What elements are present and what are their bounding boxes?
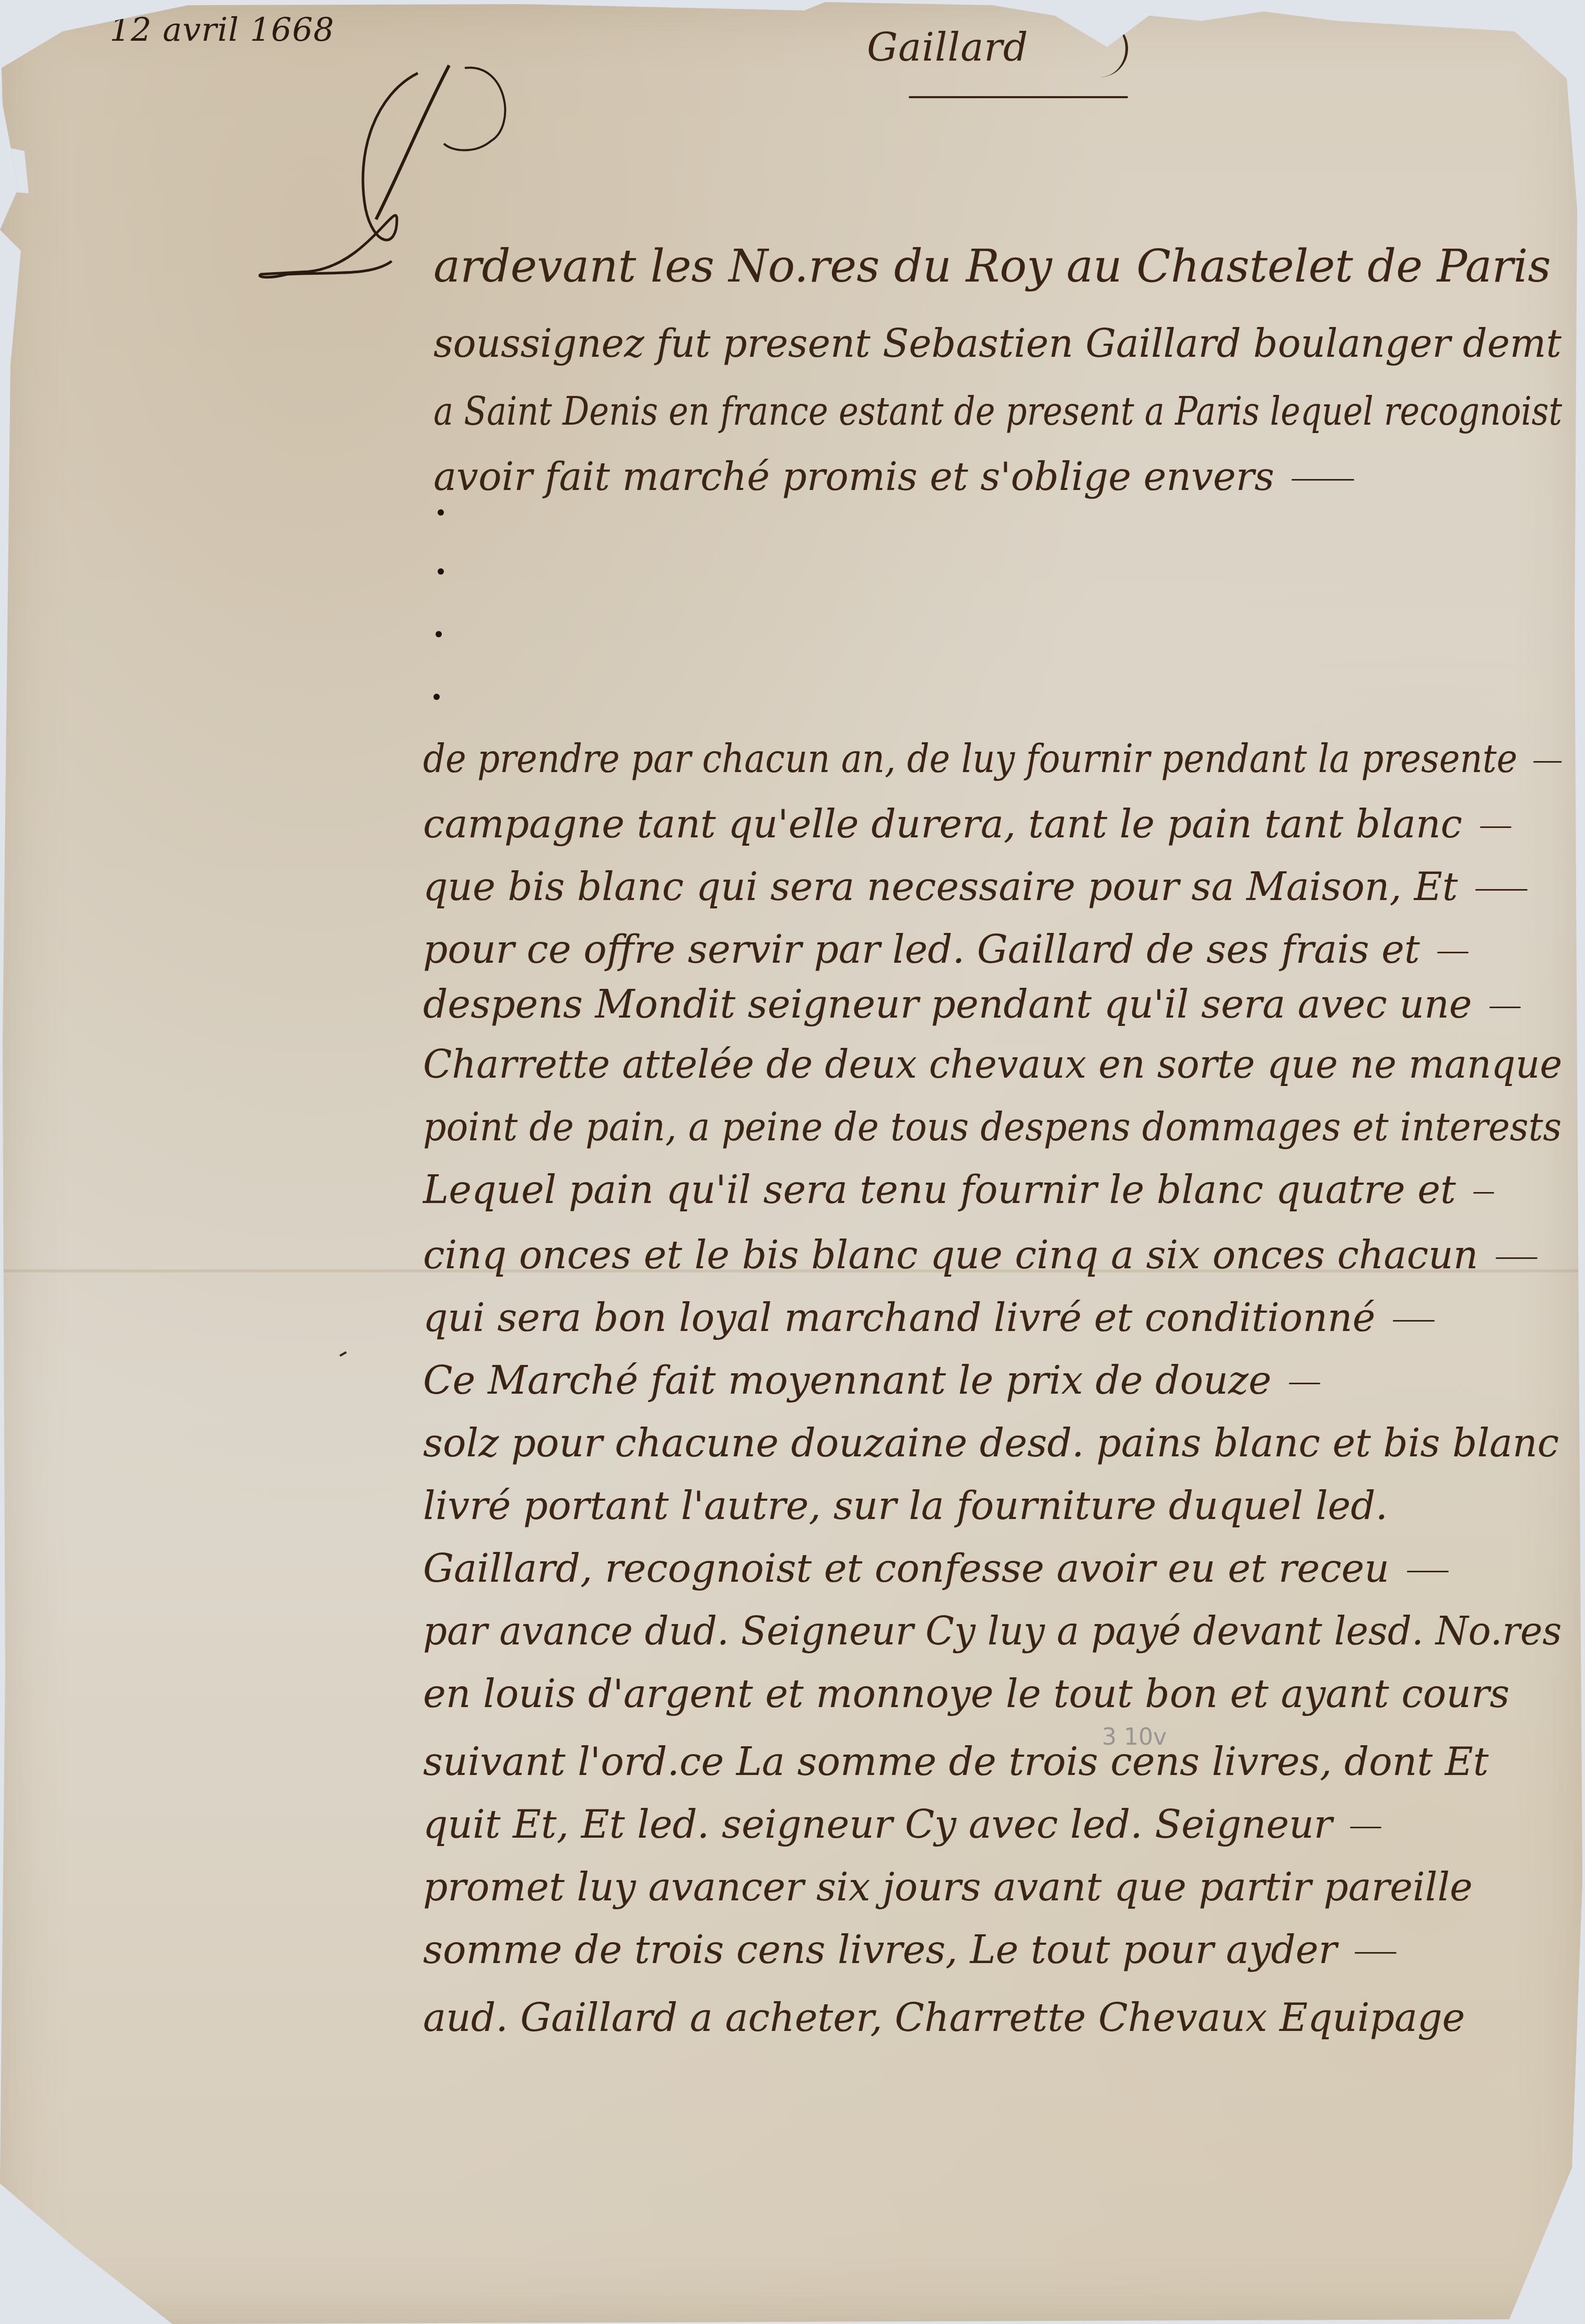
- body-line-14: Gaillard, recognoist et confesse avoir e…: [423, 1546, 1449, 1591]
- header-line-text: a Saint Denis en france estant de presen…: [433, 389, 1562, 434]
- body-line-text: Lequel pain qu'il sera tenu fournir le b…: [423, 1167, 1456, 1212]
- line-filler: [1407, 1571, 1449, 1572]
- header-line-3: a Saint Denis en france estant de presen…: [433, 389, 1562, 434]
- underline-mark: [909, 96, 1128, 98]
- body-line-text: quit Et, Et led. seigneur Cy avec led. S…: [423, 1802, 1332, 1847]
- body-line-7: point de pain, a peine de tous despens d…: [423, 1105, 1561, 1150]
- body-line-text: point de pain, a peine de tous despens d…: [423, 1105, 1561, 1150]
- header-line-4: avoir fait marché promis et s'oblige env…: [433, 454, 1354, 499]
- body-line-text: Gaillard, recognoist et confesse avoir e…: [423, 1546, 1389, 1591]
- date-annotation: 12 avril 1668: [110, 10, 334, 49]
- body-line-10: qui sera bon loyal marchand livré et con…: [423, 1295, 1435, 1340]
- header-line-text: ardevant les No.res du Roy au Chastelet …: [433, 240, 1551, 293]
- margin-dot: [438, 509, 444, 516]
- body-line-8: Lequel pain qu'il sera tenu fournir le b…: [423, 1167, 1494, 1212]
- body-line-1: de prendre par chacun an, de luy fournir…: [423, 737, 1561, 781]
- header-line-1: ardevant les No.res du Roy au Chastelet …: [433, 240, 1551, 293]
- line-filler: [1496, 1257, 1537, 1259]
- body-line-text: suivant l'ord.ce La somme de trois cens …: [423, 1739, 1489, 1784]
- body-line-18: quit Et, Et led. seigneur Cy avec led. S…: [423, 1802, 1381, 1847]
- line-filler: [1473, 1192, 1494, 1194]
- body-line-16: en louis d'argent et monnoye le tout bon…: [423, 1672, 1509, 1716]
- body-line-text: Charrette attelée de deux chevaux en sor…: [423, 1042, 1562, 1087]
- body-line-text: solz pour chacune douzaine desd. pains b…: [423, 1421, 1559, 1466]
- header-line-2: soussignez fut present Sebastien Gaillar…: [433, 321, 1561, 366]
- line-filler: [1475, 889, 1528, 891]
- body-line-21: aud. Gaillard a acheter, Charrette Cheva…: [423, 1995, 1465, 2040]
- margin-dot: [436, 631, 442, 637]
- line-filler: [1437, 952, 1469, 953]
- margin-dot: [438, 568, 444, 575]
- paper-tear: [0, 146, 29, 193]
- bracket-mark: [1094, 20, 1128, 77]
- body-line-text: de prendre par chacun an, de luy fournir…: [423, 737, 1517, 781]
- body-line-3: que bis blanc qui sera necessaire pour s…: [423, 865, 1528, 909]
- margin-tick-mark: [339, 1351, 347, 1357]
- margin-dot: [433, 694, 440, 700]
- body-line-text: pour ce offre servir par led. Gaillard d…: [423, 927, 1420, 972]
- body-line-text: Ce Marché fait moyennant le prix de douz…: [423, 1358, 1271, 1403]
- body-line-9: cinq onces et le bis blanc que cinq a si…: [423, 1233, 1537, 1278]
- body-line-6: Charrette attelée de deux chevaux en sor…: [423, 1042, 1562, 1087]
- body-line-text: despens Mondit seigneur pendant qu'il se…: [423, 982, 1472, 1027]
- line-filler: [1480, 826, 1511, 828]
- body-line-text: campagne tant qu'elle durera, tant le pa…: [423, 802, 1462, 847]
- name-annotation: Gaillard: [867, 25, 1028, 70]
- manuscript-page: 12 avril 1668 Gaillard ardevant les No.r…: [0, 0, 1585, 2324]
- line-filler: [1355, 1952, 1396, 1954]
- body-line-text: livré portant l'autre, sur la fourniture…: [423, 1484, 1388, 1528]
- body-line-text: cinq onces et le bis blanc que cinq a si…: [423, 1233, 1478, 1278]
- line-filler: [1533, 761, 1561, 763]
- body-line-text: qui sera bon loyal marchand livré et con…: [423, 1295, 1376, 1340]
- line-filler: [1289, 1383, 1320, 1384]
- body-line-2: campagne tant qu'elle durera, tant le pa…: [423, 802, 1511, 847]
- body-line-11: Ce Marché fait moyennant le prix de douz…: [423, 1358, 1320, 1403]
- body-line-text: par avance dud. Seigneur Cy luy a payé d…: [423, 1609, 1561, 1654]
- name-annotation-block: Gaillard: [846, 4, 1138, 98]
- header-line-text: soussignez fut present Sebastien Gaillar…: [433, 321, 1561, 366]
- body-line-12: solz pour chacune douzaine desd. pains b…: [423, 1421, 1559, 1466]
- line-filler: [1489, 1007, 1521, 1008]
- body-line-17: suivant l'ord.ce La somme de trois cens …: [423, 1739, 1489, 1784]
- body-line-13: livré portant l'autre, sur la fourniture…: [423, 1484, 1388, 1528]
- body-line-4: pour ce offre servir par led. Gaillard d…: [423, 927, 1469, 972]
- body-line-15: par avance dud. Seigneur Cy luy a payé d…: [423, 1609, 1561, 1654]
- body-line-5: despens Mondit seigneur pendant qu'il se…: [423, 982, 1521, 1027]
- body-line-text: en louis d'argent et monnoye le tout bon…: [423, 1672, 1509, 1716]
- body-line-text: somme de trois cens livres, Le tout pour…: [423, 1928, 1337, 1972]
- line-filler: [1350, 1827, 1381, 1828]
- line-filler: [1393, 1320, 1435, 1322]
- body-line-text: que bis blanc qui sera necessaire pour s…: [423, 865, 1458, 909]
- body-line-19: promet luy avancer six jours avant que p…: [423, 1865, 1473, 1910]
- line-filler: [1292, 479, 1354, 481]
- header-line-text: avoir fait marché promis et s'oblige env…: [433, 454, 1274, 499]
- body-line-20: somme de trois cens livres, Le tout pour…: [423, 1928, 1396, 1972]
- body-line-text: aud. Gaillard a acheter, Charrette Cheva…: [423, 1995, 1465, 2040]
- body-line-text: promet luy avancer six jours avant que p…: [423, 1865, 1473, 1910]
